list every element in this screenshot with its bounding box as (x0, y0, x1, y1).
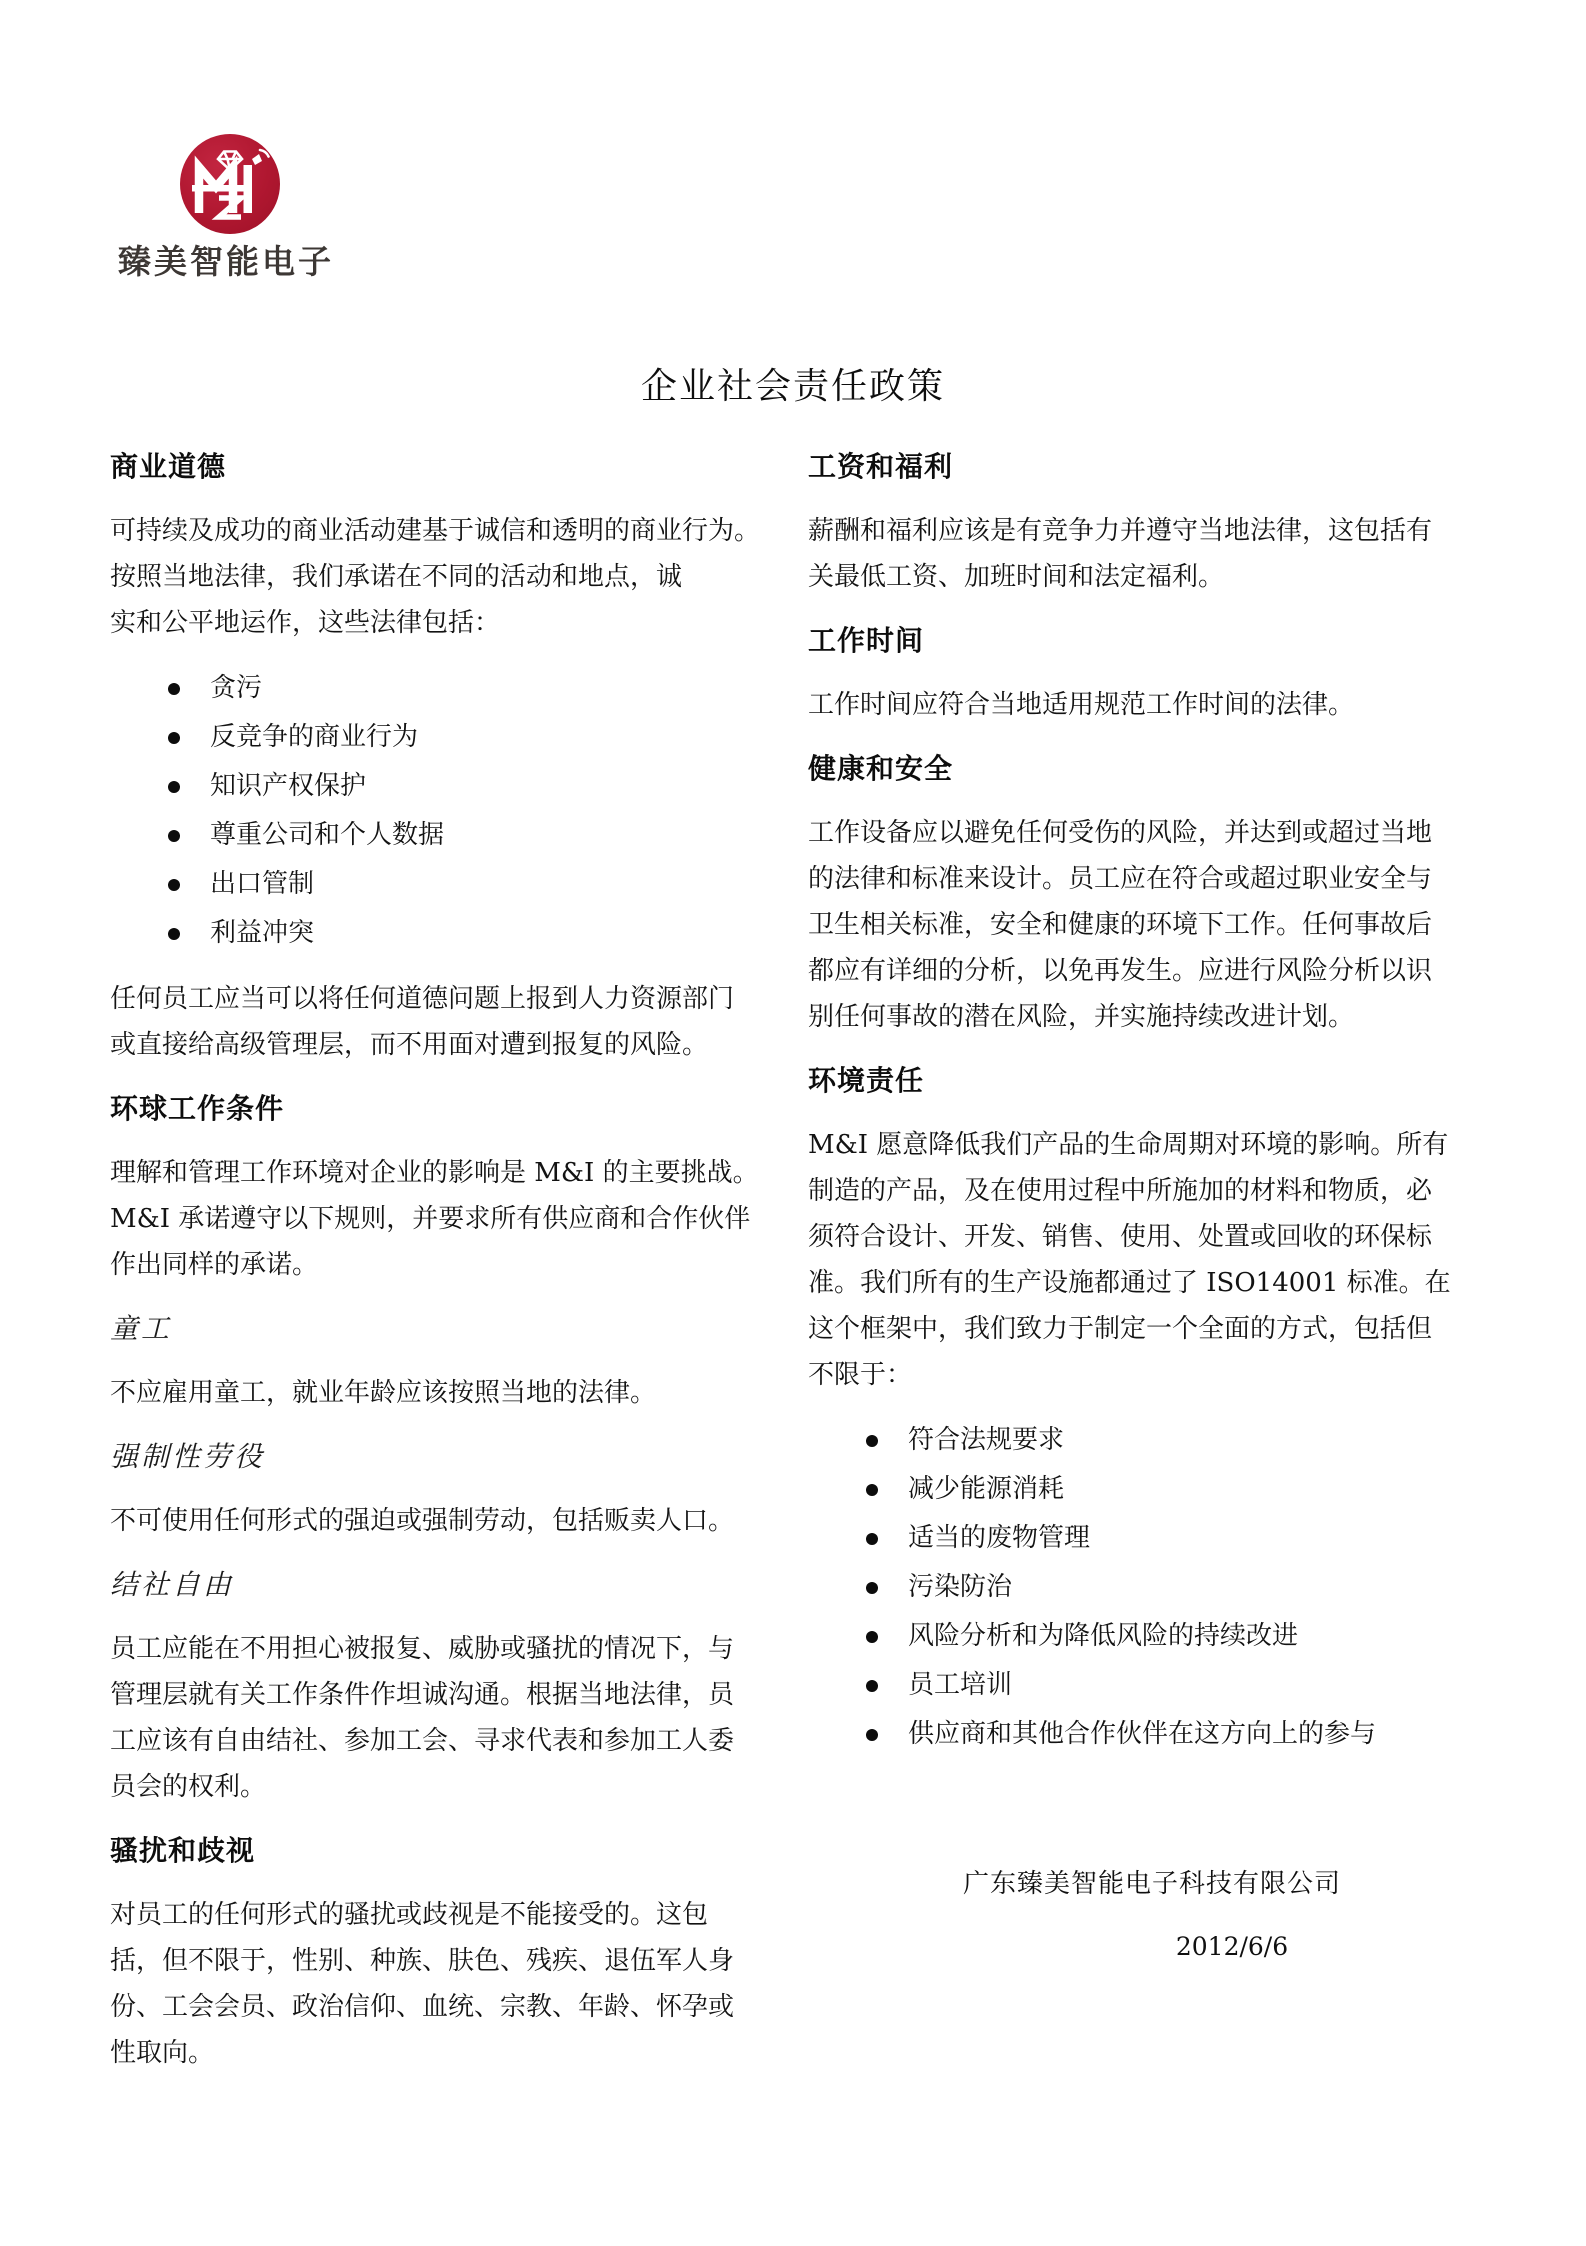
bullet-item: 污染防治 (808, 1563, 1496, 1612)
paragraph-working-hours: 工作时间应符合当地适用规范工作时间的法律。 (808, 682, 1496, 728)
signal-icon (252, 145, 276, 166)
section-heading-global-work-conditions: 环球工作条件 (110, 1086, 782, 1132)
content-columns: 商业道德 可持续及成功的商业活动建基于诚信和透明的商业行为。 按照当地法律，我们… (110, 444, 1496, 2094)
bullet-item: 供应商和其他合作伙伴在这方向上的参与 (808, 1710, 1496, 1759)
right-column: 工资和福利 薪酬和福利应该是有竞争力并遵守当地法律，这包括有 关最低工资、加班时… (808, 444, 1496, 2094)
paragraph-wages-benefits: 薪酬和福利应该是有竞争力并遵守当地法律，这包括有 关最低工资、加班时间和法定福利… (808, 508, 1496, 600)
environment-bullet-list: 符合法规要求 减少能源消耗 适当的废物管理 污染防治 风险分析和为降低风险的持续… (808, 1416, 1496, 1759)
bullet-item: 适当的废物管理 (808, 1514, 1496, 1563)
bullet-item: 减少能源消耗 (808, 1465, 1496, 1514)
paragraph-forced-labor: 不可使用任何形式的强迫或强制劳动，包括贩卖人口。 (110, 1498, 782, 1544)
bullet-item: 贪污 (110, 664, 782, 713)
paragraph-freedom-of-association: 员工应能在不用担心被报复、威胁或骚扰的情况下，与 管理层就有关工作条件作坦诚沟通… (110, 1626, 782, 1810)
bullet-item: 知识产权保护 (110, 762, 782, 811)
document-title: 企业社会责任政策 (0, 358, 1586, 409)
monogram-letters (192, 165, 252, 217)
bullet-item: 风险分析和为降低风险的持续改进 (808, 1612, 1496, 1661)
bullet-item: 尊重公司和个人数据 (110, 811, 782, 860)
paragraph-child-labor: 不应雇用童工，就业年龄应该按照当地的法律。 (110, 1370, 782, 1416)
left-column: 商业道德 可持续及成功的商业活动建基于诚信和透明的商业行为。 按照当地法律，我们… (110, 444, 782, 2094)
company-signature: 广东臻美智能电子科技有限公司 (808, 1863, 1496, 1900)
bullet-item: 出口管制 (110, 860, 782, 909)
page: { "logo": { "monogram": "MZI", "wordmark… (0, 0, 1586, 2246)
subheading-forced-labor: 强制性劳役 (110, 1434, 782, 1480)
paragraph-harassment-discrimination: 对员工的任何形式的骚扰或歧视是不能接受的。这包 括，但不限于，性别、种族、肤色、… (110, 1892, 782, 2076)
section-heading-harassment-discrimination: 骚扰和歧视 (110, 1828, 782, 1874)
paragraph-business-ethics: 可持续及成功的商业活动建基于诚信和透明的商业行为。 按照当地法律，我们承诺在不同… (110, 508, 782, 646)
section-heading-business-ethics: 商业道德 (110, 444, 782, 490)
bullet-item: 符合法规要求 (808, 1416, 1496, 1465)
bullet-item: 利益冲突 (110, 909, 782, 958)
subheading-freedom-of-association: 结社自由 (110, 1562, 782, 1608)
paragraph-global-work-conditions: 理解和管理工作环境对企业的影响是 M&I 的主要挑战。 M&I 承诺遵守以下规则… (110, 1150, 782, 1288)
subheading-child-labor: 童工 (110, 1306, 782, 1352)
bullet-item: 反竞争的商业行为 (110, 713, 782, 762)
ethics-bullet-list: 贪污 反竞争的商业行为 知识产权保护 尊重公司和个人数据 出口管制 利益冲突 (110, 664, 782, 958)
logo-badge (180, 134, 280, 234)
section-heading-health-safety: 健康和安全 (808, 746, 1496, 792)
section-heading-wages-benefits: 工资和福利 (808, 444, 1496, 490)
section-heading-working-hours: 工作时间 (808, 618, 1496, 664)
bullet-item: 员工培训 (808, 1661, 1496, 1710)
paragraph-health-safety: 工作设备应以避免任何受伤的风险，并达到或超过当地 的法律和标准来设计。员工应在符… (808, 810, 1496, 1040)
section-heading-environmental-responsibility: 环境责任 (808, 1058, 1496, 1104)
mzi-monogram (180, 134, 280, 234)
paragraph-environmental-responsibility: M&I 愿意降低我们产品的生命周期对环境的影响。所有 制造的产品，及在使用过程中… (808, 1122, 1496, 1398)
paragraph-reporting: 任何员工应当可以将任何道德问题上报到人力资源部门 或直接给高级管理层，而不用面对… (110, 976, 782, 1068)
issue-date: 2012/6/6 (888, 1932, 1576, 1961)
logo-wordmark: 臻美智能电子 (118, 236, 334, 283)
